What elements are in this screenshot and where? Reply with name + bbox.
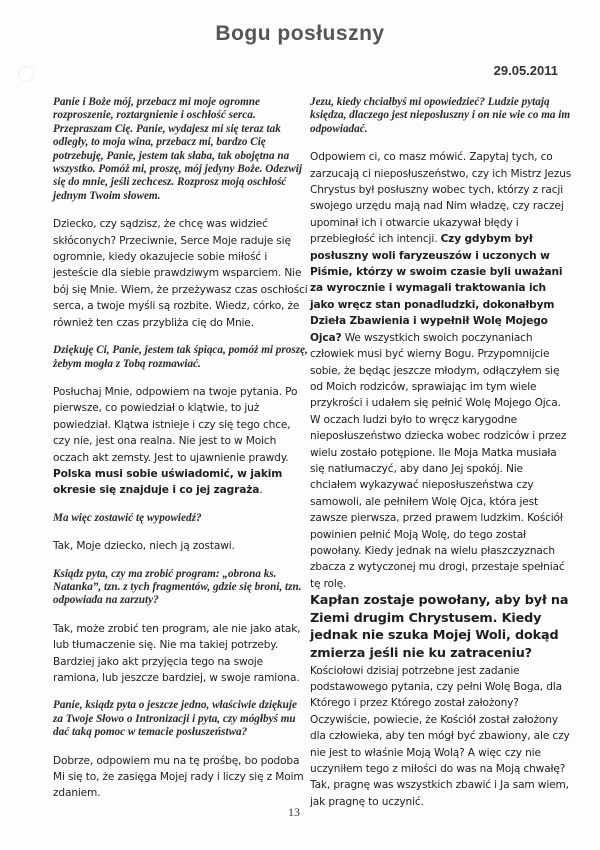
answer-bold-text: Czy gdybym był posłuszny woli faryzeuszó… [310, 233, 562, 343]
answer-paragraph: Tak, Moje dziecko, niech ją zostawi. [53, 538, 308, 554]
answer-emphasis-text: Kapłan zostaje powołany, aby był na Ziem… [310, 592, 572, 662]
answer-paragraph: Posłuchaj Mnie, odpowiem na twoje pytani… [53, 384, 308, 499]
answer-paragraph: Tak, może zrobić ten program, ale nie ja… [53, 621, 308, 687]
answer-bold-text: Polska musi sobie uświadomić, w jakim ok… [53, 468, 282, 496]
answer-paragraph: Dobrze, odpowiem mu na tę prośbę, bo pod… [53, 753, 308, 802]
answer-text: Posłuchaj Mnie, odpowiem na twoje pytani… [53, 386, 297, 464]
right-column: Jezu, kiedy chciałbyś mi opowiedzieć? Lu… [310, 96, 572, 823]
date-label: 29.05.2011 [494, 63, 558, 78]
page-title: Bogu posłuszny [0, 22, 600, 46]
answer-text: We wszystkich swoich poczynaniach człowi… [310, 332, 566, 590]
question-paragraph: Panie i Boże mój, przebacz mi moje ogrom… [53, 96, 308, 203]
question-paragraph: Panie, ksiądz pyta o jeszcze jedno, właś… [53, 699, 308, 739]
answer-paragraph: Odpowiem ci, co masz mówić. Zapytaj tych… [310, 149, 572, 810]
answer-text: Kościołowi dzisiaj potrzebne jest zadani… [310, 665, 570, 808]
page-number: 13 [288, 805, 300, 820]
question-paragraph: Ksiądz pyta, czy ma zrobić program: „obr… [53, 568, 308, 608]
punch-hole-mark [18, 66, 34, 82]
question-paragraph: Jezu, kiedy chciałbyś mi opowiedzieć? Lu… [310, 96, 572, 136]
answer-paragraph: Dziecko, czy sądzisz, że chcę was widzie… [53, 216, 308, 331]
question-paragraph: Ma więc zostawić tę wypowiedź? [53, 512, 308, 525]
answer-text: Odpowiem ci, co masz mówić. Zapytaj tych… [310, 151, 571, 245]
left-column: Panie i Boże mój, przebacz mi moje ogrom… [53, 96, 308, 815]
question-paragraph: Dziękuję Ci, Panie, jestem tak śpiąca, p… [53, 344, 308, 371]
answer-end: . [259, 484, 262, 496]
